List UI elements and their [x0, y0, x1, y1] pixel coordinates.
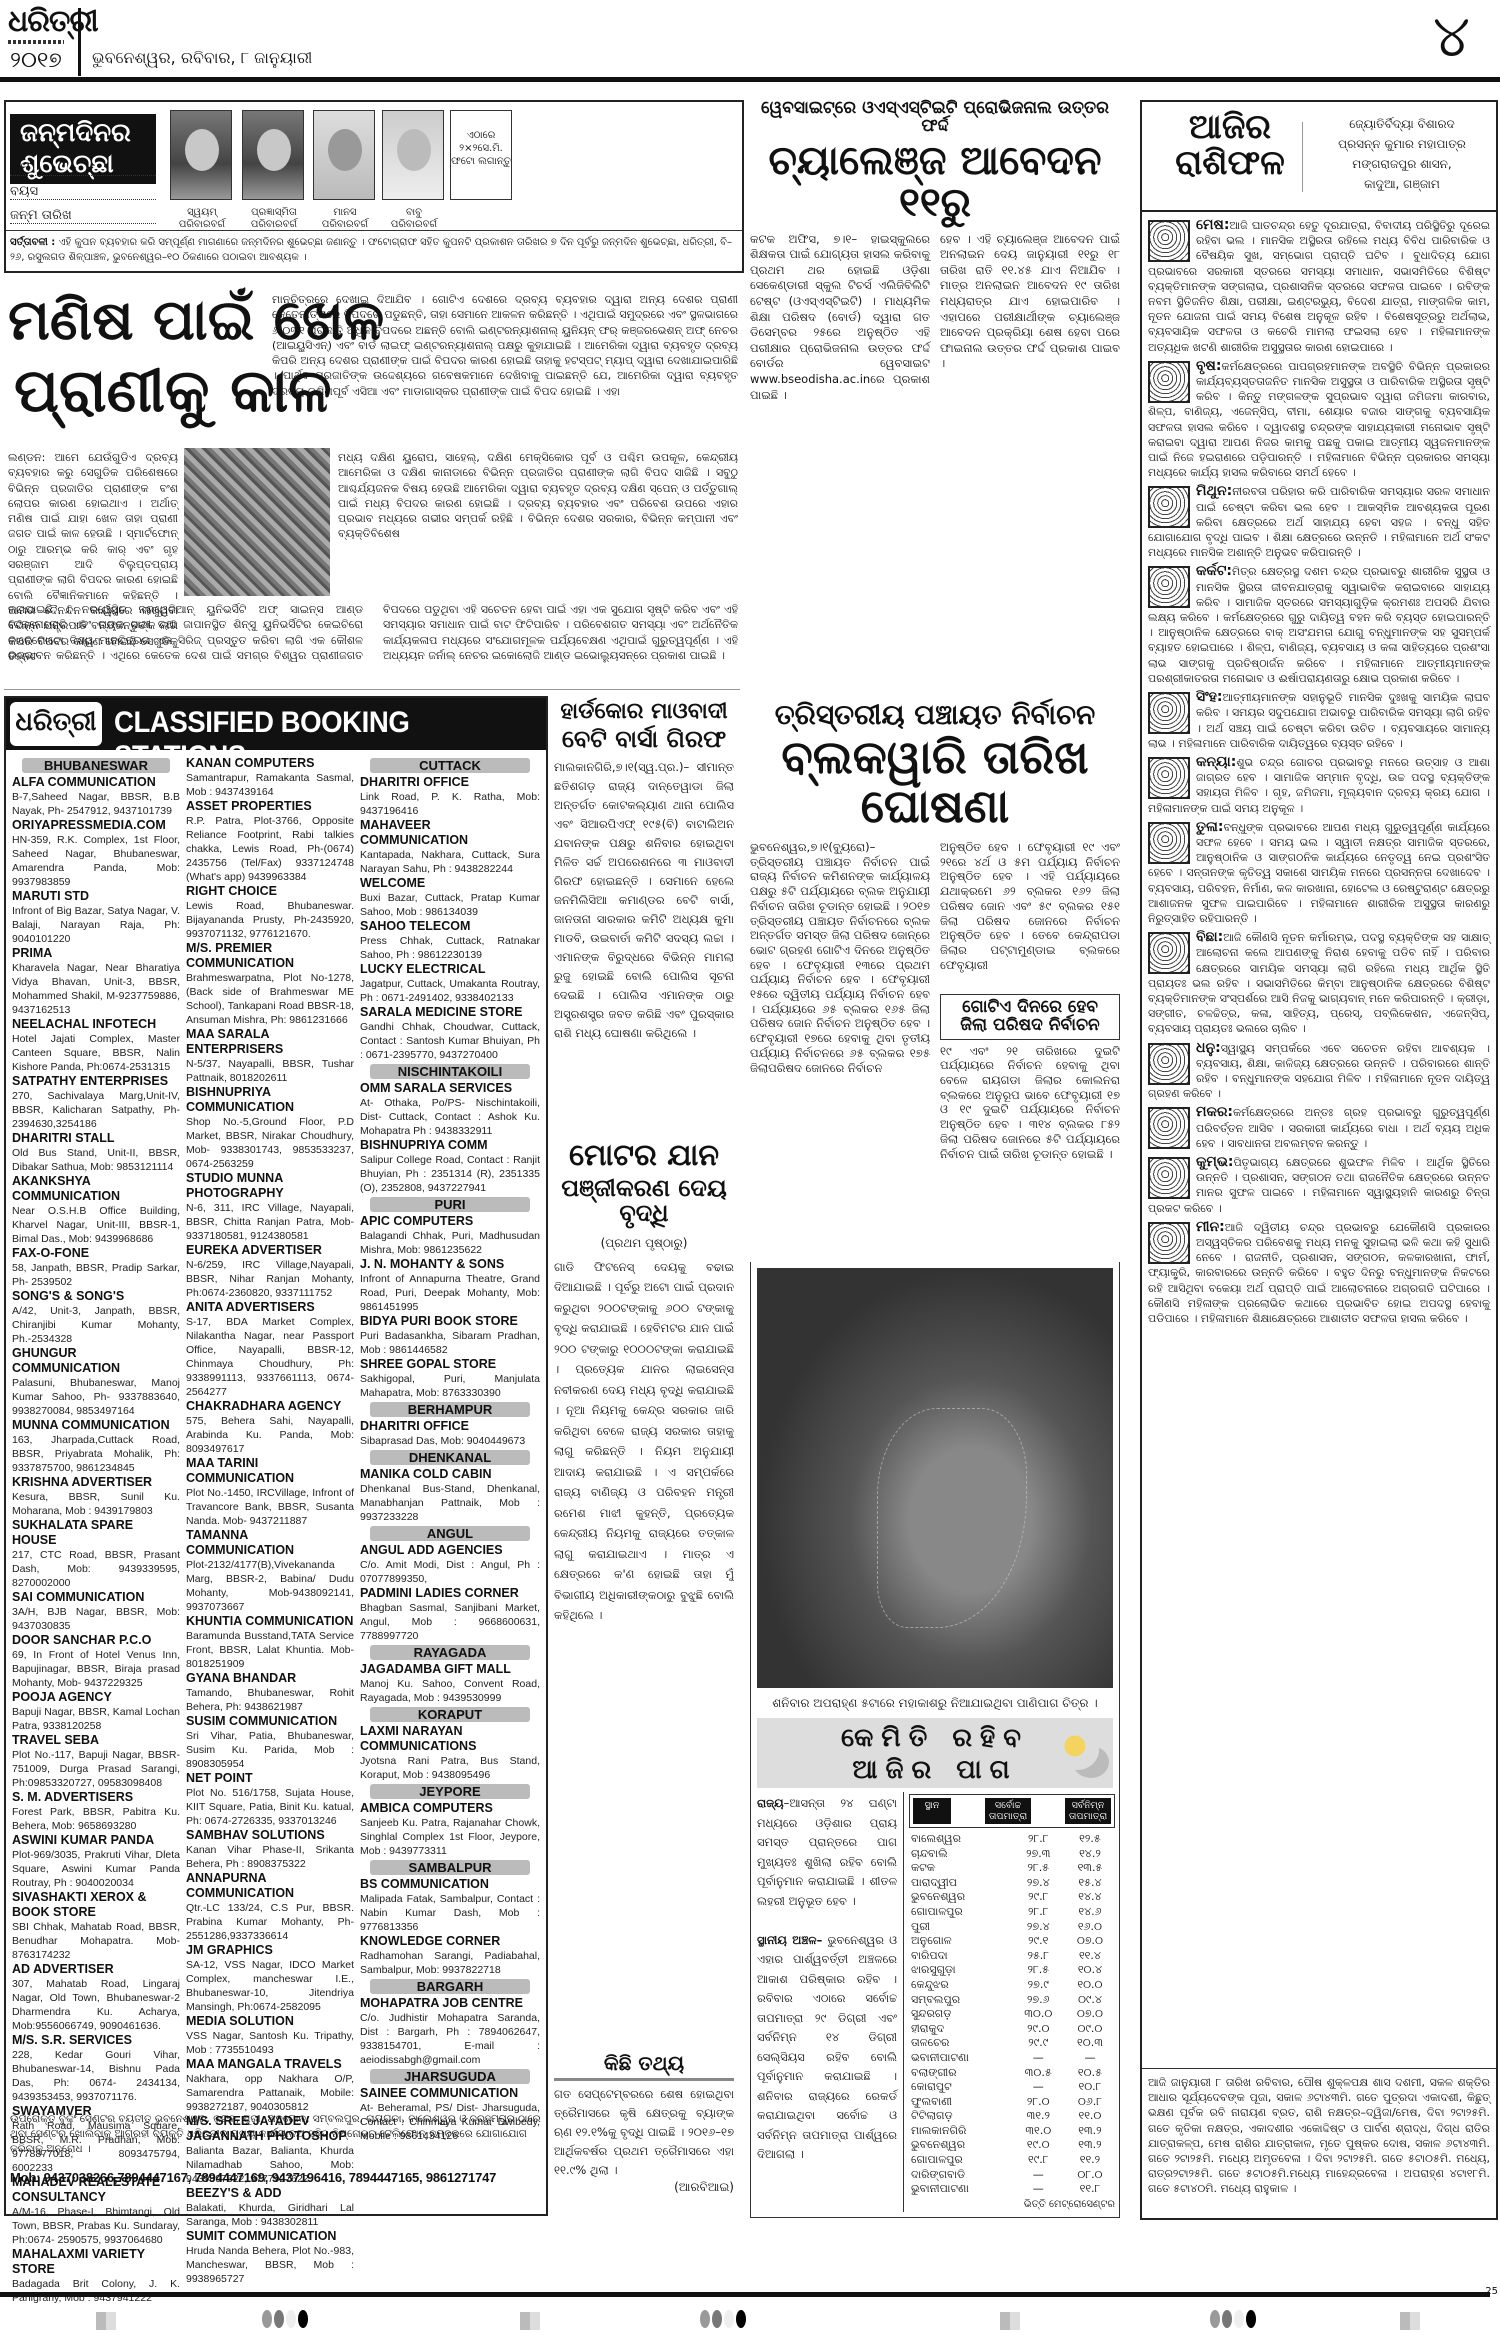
bull-icon [1148, 361, 1190, 403]
satellite-weather-image [757, 1268, 1113, 1688]
max-temp-cell: ୨୮.୫ [1012, 1861, 1065, 1876]
min-temp-cell: ୧୦.୩ [1065, 2036, 1115, 2051]
zilla-parishad-box: ଗୋଟିଏ ଦିନରେ ହେବ ଜିଲା ପରିଷଦ ନିର୍ବାଚନ [940, 994, 1120, 1040]
registration-mark [520, 2312, 540, 2330]
agent-address: A/M-16, Phase-I, Bhimtangi, Old Town, BB… [12, 2205, 180, 2247]
agent-name: MARUTI STD [12, 889, 180, 904]
zodiac-name: ତୁଳା: [1196, 819, 1223, 835]
classified-footer-note: ଉପରୋକ୍ତ ବୁକିଂ ସେଣ୍ଟର ବ୍ୟତୀତ ଭୁବନେଶ୍ୱର, କ… [10, 2112, 542, 2157]
color-calibration-dots [700, 2310, 746, 2328]
agent-address: Plot-969/3035, Prakruti Vihar, Dleta Squ… [12, 1848, 180, 1890]
city-label: CUTTACK [370, 758, 530, 773]
agent-name: DOOR SANCHAR P.C.O [12, 1633, 180, 1648]
temperature-row: ବାଲେଶ୍ୱର୨୮.୮୧୨.୫ [909, 1832, 1115, 1847]
agent-name: BS COMMUNICATION [360, 1877, 540, 1892]
agent-address: 228, Kedar Gouri Vihar, Bhubaneswar-14, … [12, 2048, 180, 2104]
maoist-story: ହାର୍ଡକୋର ମାଓବାଦୀ ବେଟି ବାର୍ସା ଗିରଫ ମାଲକାନ… [554, 700, 734, 1043]
agent-address: Bapuji Nagar, BBSR, Kamal Lochan Patra, … [12, 1705, 180, 1733]
city-label: BARGARH [370, 1979, 530, 1994]
temperature-row: ପାରାଦ୍ୱୀପ୨୭.୪୧୫.୪ [909, 1876, 1115, 1891]
temperature-row: ଭୁବନେଶ୍ୱର୨୯.୮୧୪.୪ [909, 1890, 1115, 1905]
agent-address: Brahmeswarpatna, Plot No-1278, (Back sid… [186, 971, 354, 1027]
agent-address: Tamando, Bhubaneswar, Rohit Behera, Ph: … [186, 1686, 354, 1714]
zodiac-entry: ଧନୁ:ସ୍ୱାସ୍ଥ୍ୟ ସମ୍ପର୍କରେ ଏବେ ସଚେତନ ରହିବା … [1142, 1041, 1496, 1102]
agent-address: Jagatpur, Cuttack, Umakanta Routray, Ph … [360, 977, 540, 1005]
child-photo: ବାବୁପରିବାରବର୍ଗ [382, 110, 444, 200]
twins-icon [1148, 486, 1190, 528]
agent-name: ALFA COMMUNICATION [12, 775, 180, 790]
zodiac-list: ମେଷ:ଆଜି ଘାତଚନ୍ଦ୍ର ହେତୁ ଦୂରଯାତ୍ରା, ବିବାଦୀ… [1142, 218, 1496, 2058]
agent-name: MAHAVEER COMMUNICATION [360, 818, 540, 848]
agent-name: OMM SARALA SERVICES [360, 1081, 540, 1096]
agent-name: SARALA MEDICINE STORE [360, 1005, 540, 1020]
facts-body: ଗତ ସେପ୍ଟେମ୍ବରରେ ଶେଷ ହୋଇଥିବା ତ୍ରୈମାସରେ କୃ… [554, 2085, 734, 2180]
city-cell: ବଲାଙ୍ଗୀର [909, 2066, 1012, 2081]
agent-name: KHUNTIA COMMUNICATION [186, 1614, 354, 1629]
min-temp-cell: ୧୨.୫ [1065, 1832, 1115, 1847]
max-temp-cell: ୨୮.୮ [1012, 1905, 1065, 1920]
agent-address: Balakati, Khurda, Giridhari Lal Saranga,… [186, 2201, 354, 2229]
agent-name: KNOWLEDGE CORNER [360, 1934, 540, 1949]
agent-address: 69, In Front of Hotel Venus Inn, Bapujin… [12, 1648, 180, 1690]
agent-address: Salipur College Road, Contact : Ranjit B… [360, 1153, 540, 1195]
city-cell: ଦାରିଙ୍ଗବାଡି [909, 2168, 1012, 2183]
agent-address: Infront of Annapurna Theatre, Grand Road… [360, 1272, 540, 1314]
zodiac-entry: କୁମ୍ଭ:ପିତୃଭାଗ୍ୟ କ୍ଷେତ୍ରରେ ଶୁଭଫଳ ମିଳିବ । … [1142, 1155, 1496, 1216]
max-temp-cell: ୨୭.୬ [1012, 1993, 1065, 2008]
min-temp-cell: ୧୦.୪ [1065, 1963, 1115, 1978]
city-cell: ସୁନ୍ଦରଗଡ଼ [909, 2007, 1012, 2022]
weather-forecast-text: ରାଜ୍ୟ–ଆସନ୍ତା ୨୪ ଘଣ୍ଟା ମଧ୍ୟରେ ଓଡ଼ିଶାର ପ୍ର… [757, 1794, 897, 2165]
zodiac-name: କନ୍ୟା: [1196, 754, 1236, 770]
city-cell: ସମ୍ବଲପୁର [909, 1993, 1012, 2008]
min-temp-cell: ୧୦.୦ [1065, 1978, 1115, 1993]
pot-icon [1148, 1157, 1190, 1199]
zodiac-name: କର୍କଟ: [1196, 563, 1232, 579]
max-temp-cell: — [1012, 2168, 1065, 2183]
agent-name: ORIYAPRESSMEDIA.COM [12, 818, 180, 833]
agent-name: SATPATHY ENTERPRISES [12, 1074, 180, 1089]
motor-body: ଗାଡି ଫିଟନେସ୍ ଦେୟକୁ ବଢାଇ ଦିଆଯାଇଛି । ପୂର୍ବ… [554, 1257, 734, 2045]
agent-name: WELCOME [360, 876, 540, 891]
agent-address: 307, Mahatab Road, Lingaraj Nagar, Old T… [12, 1977, 180, 2033]
temperature-row: ଅନୁଗୋଳ୨୯.୧୦୭.୦ [909, 1934, 1115, 1949]
crab-icon [1148, 566, 1190, 608]
classified-header: ଧରିତ୍ରୀ CLASSIFIED BOOKING STATIONS [6, 698, 546, 750]
agent-name: CHAKRADHARA AGENCY [186, 1399, 354, 1414]
zodiac-name: ମେଷ: [1196, 218, 1229, 233]
city-cell: ଫୁଲବାଣୀ [909, 2095, 1012, 2110]
agent-name: STUDIO MUNNA PHOTOGRAPHY [186, 1171, 354, 1201]
max-temp-cell: ୨୭.୪ [1012, 1876, 1065, 1891]
city-label: JEYPORE [370, 1784, 530, 1799]
agent-address: At- Othaka, Po/PS- Nischintakoili, Dist-… [360, 1096, 540, 1138]
agent-address: Radhamohan Sarangi, Padiabahal, Sambalpu… [360, 1949, 540, 1977]
panchayat-body-col2b: ୧୯ ଏବଂ ୨୧ ତାରିଖରେ ଦୁଇଟି ପର୍ଯ୍ୟାୟରେ ନିର୍ବ… [940, 1044, 1120, 1162]
agent-address: 217, CTC Road, BBSR, Prasant Dash, Mob: … [12, 1548, 180, 1590]
city-cell: ଅନୁଗୋଳ [909, 1934, 1012, 1949]
motor-headline-line1: ମୋଟର ଯାନ [554, 1140, 734, 1172]
panchayat-story: ତ୍ରିସ୍ତରୀୟ ପଞ୍ଚାୟତ ନିର୍ବାଚନ ବ୍ଲକୱାରି ତାର… [750, 700, 1120, 1161]
temperature-row: ପୁରୀ୨୭.୪୧୬.୦ [909, 1920, 1115, 1935]
agent-address: 575, Behera Sahi, Nayapalli, Arabinda Ku… [186, 1414, 354, 1456]
zodiac-name: ମିଥୁନ: [1196, 483, 1232, 499]
scales-icon [1148, 822, 1190, 864]
temperature-row: ତାଳଚେର୨୯.୯୧୦.୩ [909, 2036, 1115, 2051]
agent-name: SUSIM COMMUNICATION [186, 1714, 354, 1729]
facts-source: (ଆରବିଆଇ) [554, 2180, 734, 2195]
city-cell: ଭବାନୀପାଟଣା [909, 2051, 1012, 2066]
zodiac-prediction: କର୍ମକ୍ଷେତ୍ରରେ ଅନ୍ତଃ ଗ୍ରହ ପ୍ରଭାବରୁ ଗୁରୁତ୍… [1196, 1106, 1490, 1149]
agent-address: Kantapada, Nakhara, Cuttack, Sura Naraya… [360, 848, 540, 876]
zodiac-entry: ମିଥୁନ:ନୀରବତା ପରିହାର କରି ପାରିବାରିକ ସମସ୍ୟା… [1142, 484, 1496, 560]
agent-address: Infront of Big Bazar, Satya Nagar, V. Ba… [12, 904, 180, 946]
city-cell: ଭୁବନେଶ୍ୱର [909, 1890, 1012, 1905]
min-temp-cell: ୧୧.୪ [1065, 1949, 1115, 1964]
agent-name: ASSET PROPERTIES [186, 799, 354, 814]
agent-name: GYANA BHANDAR [186, 1671, 354, 1686]
zodiac-entry: କନ୍ୟା:ଶୁଭ ଚନ୍ଦ୍ର ଗୋଚର ପ୍ରଭାବରୁ ମନରେ ଉତ୍ସ… [1142, 755, 1496, 816]
wildlife-body-bottom: କରାଯାଇଛି । ନରୱେସ୍ଥିତ ନରୱେଜିଆନ୍ ୟୁନିଭର୍ସି… [8, 602, 738, 663]
agent-address: Hotel Jajati Complex, Master Canteen Squ… [12, 1032, 180, 1074]
agent-address: Gandhi Chhak, Choudwar, Cuttack, Contact… [360, 1020, 540, 1062]
temperature-row: ଭୁବାନୀପାଟଣା—୧୧.୮ [909, 2182, 1115, 2197]
logo-underline [8, 40, 64, 44]
agent-address: Kanan Vihar Phase-II, Srikanta Behera, P… [186, 1843, 354, 1871]
name-field: ନାମ [10, 160, 156, 176]
temperature-row: ସମ୍ବଲପୁର୨୭.୬୦୯.୪ [909, 1993, 1115, 2008]
agent-name: AKANKSHYA COMMUNICATION [12, 1174, 180, 1204]
masthead: ଧରିତ୍ରୀ ୨୦୧୭ ଭୁବନେଶ୍ୱର, ରବିବାର, ୮ ଜାନୁୟା… [0, 0, 1500, 80]
min-temp-cell: ୧୩.୨ [1065, 2124, 1115, 2139]
coupon-terms: ସର୍ତ୍ତାବଳୀ : ଏହି କୁପନ ବ୍ୟବହାର କରି ସମ୍ପୂର… [6, 230, 742, 269]
osstet-story: ୱେବସାଇଟ୍‌ରେ ଓଏସ୍‌ଏସ୍‌ଟିଇଟି ପ୍ରୋଭିଜନାଲ ଉତ… [750, 100, 1120, 403]
agent-address: 3A/H, BJB Nagar, BBSR, Mob: 9437030835 [12, 1605, 180, 1633]
temperature-row: କୋରାପୁଟ—୧୦.୮ [909, 2080, 1115, 2095]
zodiac-entry: କର୍କଟ:ମିତ୍ର କ୍ଷେତ୍ରସ୍ଥ ଦଶମ ଚନ୍ଦ୍ର ପ୍ରଭାବ… [1142, 564, 1496, 686]
fish-icon [1148, 1222, 1190, 1264]
city-cell: ଝାରସୁଗୁଡ଼ା [909, 1963, 1012, 1978]
osstet-body-col1: କଟକ ଅଫିସ, ୭।୧– ହାଇସ୍କୁଲରେ ଶିକ୍ଷକତା ପାଇଁ … [750, 232, 930, 404]
classified-column: BHUBANESWARALFA COMMUNICATIONB-7,Saheed … [12, 756, 180, 2305]
city-cell: କୋରାପୁଟ [909, 2080, 1012, 2095]
max-temp-cell: ୨୭.୪ [1012, 1920, 1065, 1935]
temperature-row: ବାରିପଦା୨୫.୮୧୧.୪ [909, 1949, 1115, 1964]
masthead-year: ୨୦୧୭ [10, 48, 62, 73]
agent-name: PADMINI LADIES CORNER [360, 1586, 540, 1601]
child-photo: ମାନସପରିବାରବର୍ଗ [313, 110, 375, 200]
city-cell: ପୁରୀ [909, 1920, 1012, 1935]
city-cell: ବାରିପଦା [909, 1949, 1012, 1964]
agent-address: 58, Janpath, BBSR, Pradip Sarkar, Ph- 25… [12, 1261, 180, 1289]
agent-name: MUNNA COMMUNICATION [12, 1418, 180, 1433]
zodiac-prediction: ମିତ୍ର କ୍ଷେତ୍ରସ୍ଥ ଦଶମ ଚନ୍ଦ୍ର ପ୍ରଭାବରୁ ଶାର… [1148, 565, 1490, 684]
city-label: KORAPUT [370, 1707, 530, 1722]
agent-name: AMBICA COMPUTERS [360, 1801, 540, 1816]
max-temp-cell: — [1012, 2051, 1065, 2066]
agent-name: SAMBHAV SOLUTIONS [186, 1828, 354, 1843]
zodiac-prediction: ଆଜି ଘାତଚନ୍ଦ୍ର ହେତୁ ଦୂରଯାତ୍ରା, ବିବାଦୀୟ ପର… [1148, 219, 1490, 354]
agent-name: ANITA ADVERTISERS [186, 1300, 354, 1315]
temperature-row: ଫୁଲବାଣୀ୨୮.୦୦୬.୮ [909, 2095, 1115, 2110]
agent-name: KANAN COMPUTERS [186, 756, 354, 771]
agent-name: DHARITRI OFFICE [360, 775, 540, 790]
child-in-water-photo [184, 448, 330, 596]
registration-mark [1000, 2312, 1020, 2330]
panchayat-kicker: ତ୍ରିସ୍ତରୀୟ ପଞ୍ଚାୟତ ନିର୍ବାଚନ [750, 700, 1120, 729]
sun-cloud-icon [1055, 1730, 1099, 1770]
city-cell: କଟକ [909, 1861, 1012, 1876]
classified-footer-mobiles: Mob: 9437038266,7894447167, 7894447169, … [10, 2170, 542, 2185]
temperature-row: ଭୁବନେଶ୍ୱର୧୯.୦୧୩.୨ [909, 2138, 1115, 2153]
wildlife-body-right: ମଧ୍ୟ ଦକ୍ଷିଣ ୟୁରୋପ, ସାହେଲ୍, ଦକ୍ଷିଣ ମେକ୍ସି… [338, 450, 738, 542]
temperature-row: କଟକ୨୮.୫୧୩.୫ [909, 1861, 1115, 1876]
agent-name: SAI COMMUNICATION [12, 1590, 180, 1605]
continued-from-page-one: (ପ୍ରଥମ ପୃଷ୍ଠାରୁ) [554, 1236, 734, 1251]
maiden-icon [1148, 757, 1190, 799]
max-temp-cell: ୨୭.୯ [1012, 1978, 1065, 1993]
agent-address: SBI Chhak, Mahatab Road, BBSR, Benudhar … [12, 1920, 180, 1962]
agent-address: Sri Vihar, Patia, Bhubaneswar, Susim Ku.… [186, 1729, 354, 1771]
child-photo: ସ୍ୱୟମ୍ପରିବାରବର୍ଗ [170, 110, 232, 200]
city-label: DHENKANAL [370, 1450, 530, 1465]
agent-name: SAINEE COMMUNICATION [360, 2086, 540, 2101]
min-temp-cell: ୧୧.୨ [1065, 2153, 1115, 2168]
birthdate-field: ଜନ୍ମ ତାରିଖ [10, 208, 156, 224]
agent-address: Shop No.-5,Ground Floor, P.D Market, BBS… [186, 1115, 354, 1171]
agent-address: A/42, Unit-3, Janpath, BBSR, Chiranjibi … [12, 1304, 180, 1346]
min-temp-cell: ୦୯.୦ [1065, 2022, 1115, 2037]
zodiac-name: ମକର: [1196, 1104, 1233, 1120]
classified-column: CUTTACKDHARITRI OFFICELink Road, P. K. R… [360, 756, 540, 2143]
panchayat-headline: ବ୍ଲକୱାରି ତାରିଖ ଘୋଷଣା [750, 733, 1120, 830]
city-cell: କେନ୍ଦୁଝର [909, 1978, 1012, 1993]
city-label: PURI [370, 1197, 530, 1212]
india-outline [877, 1408, 1027, 1628]
goat-icon [1148, 1107, 1190, 1149]
min-temp-cell: ୧୬.୦ [1065, 1920, 1115, 1935]
agent-address: Nakhara, opp Nakhara O/P, Samarendra Pat… [186, 2072, 354, 2114]
weather-title-band: କେମିତି ରହିବ ଆଜିର ପାଗ [757, 1718, 1113, 1788]
agent-name: SUMIT COMMUNICATION [186, 2229, 354, 2244]
city-cell: ଟିଟିଲାଗଡ଼ [909, 2109, 1012, 2124]
min-temp-cell: ୧୫.୪ [1065, 1876, 1115, 1891]
facts-title: କିଛି ତଥ୍ୟ [554, 2053, 734, 2081]
agent-name: SUKHALATA SPARE HOUSE [12, 1518, 180, 1548]
max-temp-cell: ୨୯.୮ [1012, 1890, 1065, 1905]
agent-address: N-5/37, Nayapalli, BBSR, Tushar Pattnaik… [186, 1057, 354, 1085]
agent-name: J. N. MOHANTY & SONS [360, 1257, 540, 1272]
panjika-almanac: ଆଜି ଜାନୁୟାରୀ ୮ ତାରିଖ ରବିବାର, ପୌଷ ଶୁକ୍ଳପକ… [1142, 2068, 1496, 2197]
min-temp-cell: ୧୪.୬ [1065, 1905, 1115, 1920]
zodiac-prediction: ଆଜି କୌଣସି ନୂତନ କର୍ମାରମ୍ଭ, ପଦସ୍ଥ ବ୍ୟକ୍ତିଙ… [1148, 931, 1490, 1035]
wildlife-story: ମଣିଷ ପାଇଁ ଖେଳ ପ୍ରାଣୀକୁ କାଳ ମାନଚିତ୍ରରେ ଦେ… [4, 290, 740, 690]
color-calibration-dots [262, 2310, 308, 2328]
masthead-rule [0, 77, 1500, 82]
agent-address: Near O.S.H.B Office Building, Kharvel Na… [12, 1204, 180, 1246]
osstet-body-col2: ହେବ । ଏହି ଚ୍ୟାଲେଞ୍ଜ ଆବେଦନ ପାଇଁ ଅନଲାଇନ ଦେ… [940, 232, 1120, 404]
panchayat-body-col1: ଭୁବନେଶ୍ୱର,୭।୧(ବ୍ୟୁରୋ)– ତ୍ରିସ୍ତରୀୟ ପଞ୍ଚାୟ… [750, 840, 930, 1158]
zodiac-name: ଧନୁ: [1196, 1040, 1221, 1056]
city-cell: ବାଲେଶ୍ୱର [909, 1832, 1012, 1847]
zodiac-name: ବିଛା: [1196, 929, 1223, 945]
agent-address: S-17, BDA Market Complex, Nilakantha Nag… [186, 1315, 354, 1399]
city-label: JHARSUGUDA [370, 2069, 530, 2084]
agent-name: ASWINI KUMAR PANDA [12, 1833, 180, 1848]
maoist-headline-line1: ହାର୍ଡକୋର ମାଓବାଦୀ [554, 700, 734, 723]
zodiac-entry: ତୁଳା:ବନ୍ଧୁଙ୍କ ପ୍ରଭାବରେ ଆପଣ ମଧ୍ୟ ଗୁରୁତ୍ୱପ… [1142, 820, 1496, 926]
temperature-row: ଝାରସୁଗୁଡ଼ା୨୮.୫୧୦.୪ [909, 1963, 1115, 1978]
agent-name: AD ADVERTISER [12, 1962, 180, 1977]
min-temp-cell: ୧୦.୫ [1065, 2066, 1115, 2081]
lion-icon [1148, 692, 1190, 734]
agent-address: R.P. Patra, Plot-3766, Opposite Reliance… [186, 814, 354, 884]
agent-address: Buxi Bazar, Cuttack, Pratap Kumar Sahoo,… [360, 891, 540, 919]
agent-address: Balagandi Chhak, Puri, Madhusudan Mishra… [360, 1229, 540, 1257]
horoscope-section: ଆଜିରରାଶିଫଳ ଜ୍ୟୋତିର୍ବିଦ୍ୟା ବିଶାରଦ ପ୍ରସନ୍ନ… [1140, 100, 1498, 2220]
zodiac-prediction: ଆଜି ଦ୍ୱିତୀୟ ଚନ୍ଦ୍ର ପ୍ରଭାବରୁ ଯେକୌଣସି ପ୍ରକ… [1148, 1221, 1490, 1325]
footer-page-number: 25 [1485, 2286, 1498, 2297]
color-calibration-dots [1210, 2310, 1256, 2328]
agent-address: Hruda Nanda Behera, Plot No.-983, Manche… [186, 2244, 354, 2286]
agent-name: MOHAPATRA JOB CENTRE [360, 1996, 540, 2011]
page-footer-rule [0, 2292, 1490, 2297]
weather-source: ଭିତ୍ତି ମେଟ୍ରୋସେଣ୍ଟର [909, 2199, 1115, 2210]
agent-address: Jyotsna Rani Patra, Bus Stand, Koraput, … [360, 1754, 540, 1782]
agent-name: NET POINT [186, 1771, 354, 1786]
agent-address: Puri Badasankha, Sibaram Pradhan, Mob : … [360, 1329, 540, 1357]
min-temp-cell: ୧୩.୫ [1065, 1861, 1115, 1876]
city-label: SAMBALPUR [370, 1860, 530, 1875]
city-cell: ହୀରାକୁଦ [909, 2022, 1012, 2037]
max-temp-cell: ୨୮.୮ [1012, 1832, 1065, 1847]
agent-name: DHARITRI OFFICE [360, 1419, 540, 1434]
agent-address: N-6, 311, IRC Village, Nayapali, BBSR, C… [186, 1201, 354, 1243]
agent-name: MAHALAXMI VARIETY STORE [12, 2247, 180, 2277]
min-temp-cell: — [1065, 2051, 1115, 2066]
agent-name: LUCKY ELECTRICAL [360, 962, 540, 977]
agent-name: LAXMI NARAYAN COMMUNICATIONS [360, 1724, 540, 1754]
registration-mark [1400, 2312, 1420, 2330]
maoist-body: ମାଲକାନଗିରି,୭।୧(ସ୍ୱ.ପ୍ର.)– ସୀମାନ୍ତ ଛତିଶଗଡ… [554, 758, 734, 1043]
agent-address: Badagada Brit Colony, J. K. Panigrahy, M… [12, 2277, 180, 2305]
agent-name: SAHOO TELECOM [360, 919, 540, 934]
agent-name: DHARITRI STALL [12, 1131, 180, 1146]
city-cell: ଗୋପାଳପୁର [909, 2153, 1012, 2168]
temperature-table-wrap: ସ୍ଥାନ ସର୍ବୋଚ୍ଚ ତାପମାତ୍ରା ସର୍ବନିମ୍ନ ତାପମା… [909, 1794, 1115, 2210]
temperature-row: ଚାନ୍ଦବାଲି୨୭.୩୧୪.୨ [909, 1847, 1115, 1862]
agent-name: ANGUL ADD AGENCIES [360, 1543, 540, 1558]
min-temp-cell: ୦୮.୦ [1065, 2168, 1115, 2183]
agent-name: SHREE GOPAL STORE [360, 1357, 540, 1372]
horoscope-header: ଆଜିରରାଶିଫଳ ଜ୍ୟୋତିର୍ବିଦ୍ୟା ବିଶାରଦ ପ୍ରସନ୍ନ… [1142, 102, 1496, 212]
osstet-kicker: ୱେବସାଇଟ୍‌ରେ ଓଏସ୍‌ଏସ୍‌ଟିଇଟି ପ୍ରୋଭିଜନାଲ ଉତ… [750, 100, 1120, 136]
max-temp-cell: — [1012, 2080, 1065, 2095]
agent-address: 270, Sachivalaya Marg,Unit-IV, BBSR, Kal… [12, 1089, 180, 1131]
max-temp-cell: ୨୯.୦ [1012, 2022, 1065, 2037]
agent-address: SA-12, VSS Nagar, IDCO Market Complex, m… [186, 1958, 354, 2014]
agent-name: JM GRAPHICS [186, 1943, 354, 1958]
dateline: ଭୁବନେଶ୍ୱର, ରବିବାର, ୮ ଜାନୁୟାରୀ [92, 48, 312, 68]
min-temp-cell: ୦୯.୪ [1065, 1993, 1115, 2008]
city-cell: ମାଲକାନଗିରି [909, 2124, 1012, 2139]
agent-address: Palasuni, Bhubaneswar, Manoj Kumar Sahoo… [12, 1376, 180, 1418]
archer-icon [1148, 1043, 1190, 1085]
masthead-divider [78, 8, 81, 76]
temperature-row: ହୀରାକୁଦ୨୯.୦୦୯.୦ [909, 2022, 1115, 2037]
city-cell: ତାଳଚେର [909, 2036, 1012, 2051]
agent-name: MANIKA COLD CABIN [360, 1467, 540, 1482]
agent-address: Baramunda Busstand,TATA Service Front, B… [186, 1629, 354, 1671]
agent-name: GHUNGUR COMMUNICATION [12, 1346, 180, 1376]
agent-address: Qtr.-LC 133/24, C.S Pur, BBSR. Prabina K… [186, 1901, 354, 1943]
zodiac-entry: ସିଂହ:ଆତ୍ମୀୟମାନଙ୍କ ସହାନୁଭୂତି ମାନସିକ ଦୁଃଖକ… [1142, 690, 1496, 751]
temperature-row: ବଲାଙ୍ଗୀର୩୦.୫୧୦.୫ [909, 2066, 1115, 2081]
agent-address: C/o. Judhistir Mohapatra Saranda, Dist :… [360, 2011, 540, 2067]
panchayat-body-col2: ଅନୁଷ୍ଠିତ ହେବ । ଫେବୃୟାରୀ ୧୯ ଏବଂ ୨୧ରେ ୪ର୍ଥ… [940, 840, 1120, 990]
agent-name: MAA MANGALA TRAVELS [186, 2057, 354, 2072]
agent-name: MAA TARINI COMMUNICATION [186, 1456, 354, 1486]
zodiac-name: ବୃଷ: [1196, 358, 1221, 374]
city-label: BHUBANESWAR [22, 758, 170, 773]
agent-address: 163, Jharpada,Cuttack Road, BBSR, Priyab… [12, 1433, 180, 1475]
maoist-headline-line2: ବେଟି ବାର୍ସା ଗିରଫ [554, 727, 734, 752]
zodiac-entry: ବିଛା:ଆଜି କୌଣସି ନୂତନ କର୍ମାରମ୍ଭ, ପଦସ୍ଥ ବ୍ୟ… [1142, 930, 1496, 1036]
agent-name: ANNAPURNA COMMUNICATION [186, 1871, 354, 1901]
temperature-table-header: ସ୍ଥାନ ସର୍ବୋଚ୍ଚ ତାପମାତ୍ରା ସର୍ବନିମ୍ନ ତାପମା… [909, 1794, 1115, 1828]
temperature-row: ଭବାନୀପାଟଣା—— [909, 2051, 1115, 2066]
zodiac-name: ମୀନ: [1196, 1219, 1225, 1235]
agent-address: Manoj Ku. Sahoo, Convent Road, Rayagada,… [360, 1677, 540, 1705]
osstet-headline: ଚ୍ୟାଲେଞ୍ଜ ଆବେଦନ ୧୧ରୁ [750, 140, 1120, 224]
agent-name: MEDIA SOLUTION [186, 2014, 354, 2029]
min-temp-cell: ୦୭.୦ [1065, 2007, 1115, 2022]
child-photo: ପ୍ରଜ୍ଞାସ୍ମିତାପରିବାରବର୍ଗ [242, 110, 304, 200]
agent-name: NEELACHAL INFOTECH [12, 1017, 180, 1032]
agent-name: JAGADAMBA GIFT MALL [360, 1662, 540, 1677]
temperature-row: ଗୋପାଳପୁର୧୯.୮୧୧.୨ [909, 2153, 1115, 2168]
zodiac-prediction: କର୍ମକ୍ଷେତ୍ରରେ ପାପଗ୍ରହମାନଙ୍କ ଅବସ୍ଥିତି ବିଭ… [1148, 360, 1490, 479]
agent-name: RIGHT CHOICE [186, 884, 354, 899]
agent-address: Press Chhak, Cuttack, Ratnakar Sahoo, Ph… [360, 934, 540, 962]
min-temp-cell: ୧୪.୪ [1065, 1890, 1115, 1905]
zodiac-entry: ମୀନ:ଆଜି ଦ୍ୱିତୀୟ ଚନ୍ଦ୍ର ପ୍ରଭାବରୁ ଯେକୌଣସି … [1142, 1220, 1496, 1326]
city-label: RAYAGADA [370, 1645, 530, 1660]
min-temp-cell: ୧୦.୮ [1065, 2080, 1115, 2095]
temperature-row: ସୁନ୍ଦରଗଡ଼୩୦.୦୦୭.୦ [909, 2007, 1115, 2022]
zodiac-name: ସିଂହ: [1196, 689, 1223, 705]
agent-name: FAX-O-FONE [12, 1246, 180, 1261]
scorpion-icon [1148, 932, 1190, 974]
photo-placeholder: ଏଠାରେ ୨×୨ସେ.ମି. ଫଟୋ ଲଗାନ୍ତୁ [450, 110, 512, 200]
temperature-row: ଟିଟିଲାଗଡ଼୩୧.୨୧୧.୦ [909, 2109, 1115, 2124]
motor-vehicle-story: ମୋଟର ଯାନ ପଞ୍ଜୀକରଣ ଦେୟ ବୃଦ୍ଧି (ପ୍ରଥମ ପୃଷ୍… [554, 1140, 734, 2195]
city-label: NISCHINTAKOILI [370, 1064, 530, 1079]
agent-name: APIC COMPUTERS [360, 1214, 540, 1229]
agent-address: Forest Park, BBSR, Pabitra Ku. Behera, M… [12, 1805, 180, 1833]
agent-address: B-7,Saheed Nagar, BBSR, B.B Nayak, Ph- 2… [12, 790, 180, 818]
agent-address: Bhagban Sasmal, Sanjibani Market, Angul,… [360, 1601, 540, 1643]
max-temp-cell: ୨୯.୯ [1012, 2036, 1065, 2051]
agent-address: Sanjeeb Ku. Patra, Rajanahar Chowk, Sing… [360, 1816, 540, 1858]
temperature-row: ଗୋପାଳପୁର୨୮.୮୧୪.୬ [909, 1905, 1115, 1920]
weather-section: ଶନିବାର ଅପରାହ୍ଣ ୫ଟାରେ ମହାକାଶରୁ ନିଆଯାଇଥିବା… [750, 1262, 1120, 2218]
zodiac-prediction: ବନ୍ଧୁଙ୍କ ପ୍ରଭାବରେ ଆପଣ ମଧ୍ୟ ଗୁରୁତ୍ୱପୂର୍ଣ୍… [1148, 821, 1490, 925]
agent-name: EUREKA ADVERTISER [186, 1243, 354, 1258]
motor-headline-line2: ପଞ୍ଜୀକରଣ ଦେୟ ବୃଦ୍ଧି [554, 1176, 734, 1226]
agent-address: Sibaprasad Das, Mob: 9040449673 [360, 1434, 540, 1448]
max-temp-cell: ୩୦.୦ [1012, 2007, 1065, 2022]
